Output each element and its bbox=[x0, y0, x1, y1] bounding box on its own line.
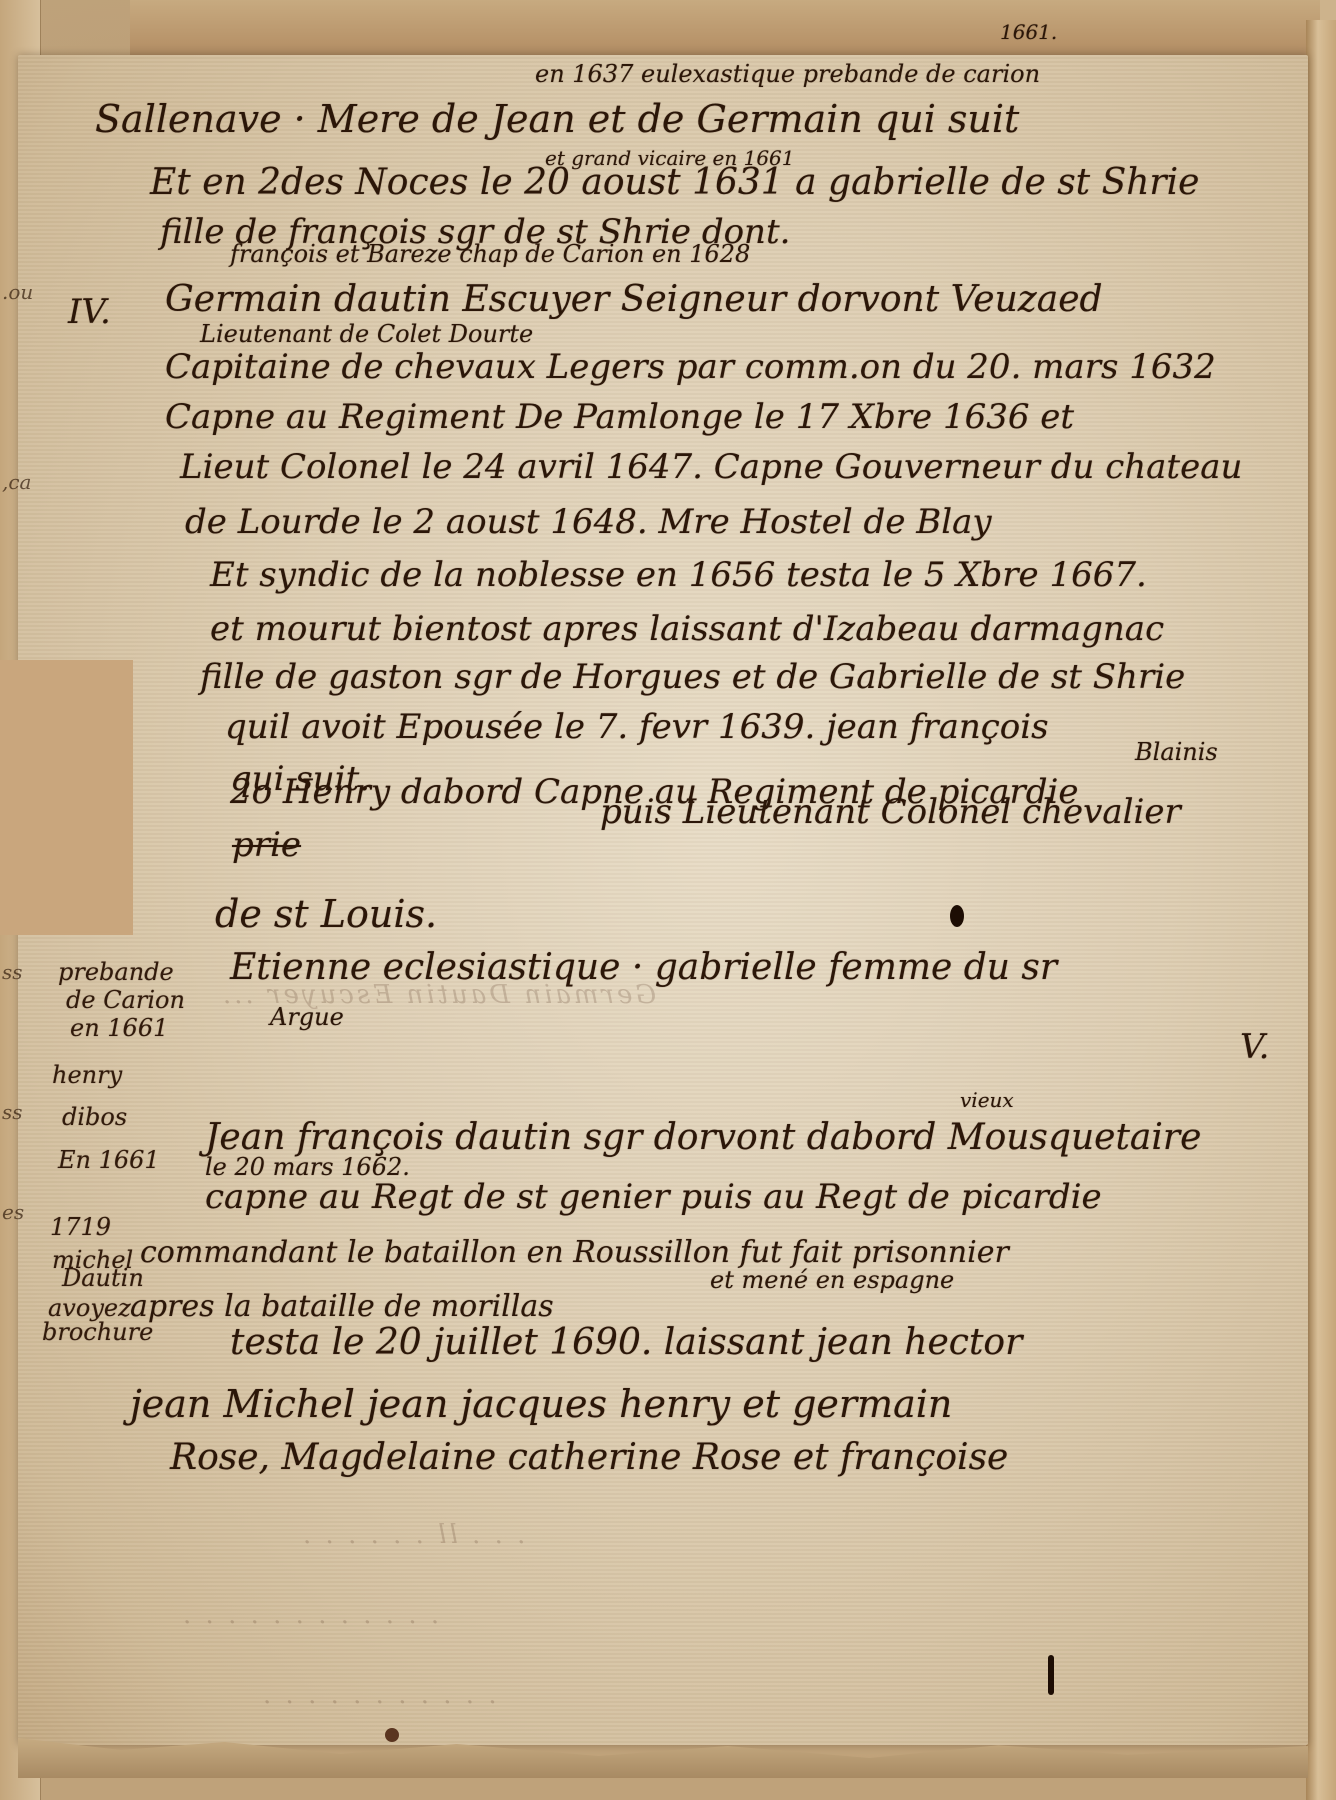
text-line: puis Lieutenant Colonel chevalier bbox=[600, 795, 1181, 829]
text-line: Capne au Regiment De Pamlonge le 17 Xbre… bbox=[165, 400, 1074, 434]
ink-blot bbox=[385, 1728, 399, 1742]
margin-note: de Carion bbox=[66, 988, 185, 1012]
text-line: fille de gaston sgr de Horgues et de Gab… bbox=[200, 660, 1185, 694]
text-line: quil avoit Epousée le 7. fevr 1639. jean… bbox=[225, 710, 1049, 744]
text-line: capne au Regt de st genier puis au Regt … bbox=[205, 1180, 1102, 1214]
text-line: Sallenave · Mere de Jean et de Germain q… bbox=[95, 100, 1019, 138]
bleed-through-text: . . . . . . . . . . . . bbox=[180, 1600, 439, 1630]
ink-blot bbox=[1048, 1655, 1054, 1695]
text-line: apres la bataille de morillas bbox=[130, 1292, 554, 1322]
section-number: V. bbox=[1240, 1030, 1269, 1064]
adjacent-page-right bbox=[1306, 20, 1336, 1800]
interlinear-note: en 1637 eulexastique prebande de carion bbox=[535, 62, 1040, 86]
bleed-through-text: . . . ll . . . . . . bbox=[300, 1520, 525, 1550]
covered-patch bbox=[0, 660, 133, 935]
text-line: Et syndic de la noblesse en 1656 testa l… bbox=[210, 558, 1147, 592]
margin-note: Dautin bbox=[62, 1266, 144, 1290]
margin-note: prebande bbox=[58, 960, 174, 984]
text-line: commandant le bataillon en Roussillon fu… bbox=[140, 1238, 1009, 1268]
text-line: Argue bbox=[270, 1005, 344, 1029]
corner-note: 1661. bbox=[1000, 22, 1057, 42]
text-line: de Lourde le 2 aoust 1648. Mre Hostel de… bbox=[185, 505, 992, 539]
folded-top-strip bbox=[130, 0, 1320, 62]
text-line: Germain dautin Escuyer Seigneur dorvont … bbox=[165, 282, 1103, 318]
margin-note: 1719 bbox=[50, 1215, 111, 1239]
text-line: et mourut bientost apres laissant d'Izab… bbox=[210, 612, 1164, 646]
interlinear-note: et mené en espagne bbox=[710, 1268, 954, 1292]
edge-scribble: ss bbox=[2, 960, 23, 984]
text-line: testa le 20 juillet 1690. laissant jean … bbox=[230, 1325, 1022, 1361]
text-line: Capitaine de chevaux Legers par comm.on … bbox=[165, 350, 1216, 384]
text-line: de st Louis. bbox=[215, 895, 437, 933]
struck-word: prie bbox=[232, 828, 301, 862]
margin-note: avoyez bbox=[48, 1296, 131, 1320]
interlinear-note: vieux bbox=[960, 1090, 1014, 1110]
edge-scribble: .ou bbox=[2, 280, 33, 304]
section-number: IV. bbox=[68, 295, 111, 329]
edge-scribble: ss bbox=[2, 1100, 23, 1124]
ink-blot bbox=[950, 905, 964, 927]
margin-note: dibos bbox=[62, 1105, 127, 1129]
interlinear-note: Blainis bbox=[1135, 740, 1218, 764]
margin-note: En 1661 bbox=[58, 1148, 160, 1172]
edge-scribble: ,ca bbox=[2, 470, 31, 494]
edge-scribble: es bbox=[2, 1200, 24, 1224]
text-line: Lieut Colonel le 24 avril 1647. Capne Go… bbox=[180, 450, 1242, 484]
text-line: françois et Bareze chap de Carion en 162… bbox=[230, 242, 750, 266]
text-line: le 20 mars 1662. bbox=[205, 1155, 410, 1179]
text-line: Jean françois dautin sgr dorvont dabord … bbox=[205, 1120, 1201, 1156]
margin-note: en 1661 bbox=[70, 1016, 168, 1040]
text-line: Rose, Magdelaine catherine Rose et franç… bbox=[170, 1440, 1008, 1476]
bleed-through-text: . . . . . . . . . . . bbox=[260, 1680, 497, 1710]
text-line: Et en 2des Noces le 20 aoust 1631 a gabr… bbox=[150, 165, 1199, 201]
text-line: jean Michel jean jacques henry et germai… bbox=[130, 1385, 952, 1423]
text-line: Etienne eclesiastique · gabrielle femme … bbox=[230, 950, 1057, 986]
text-line: Lieutenant de Colet Dourte bbox=[200, 322, 533, 346]
margin-note: henry bbox=[52, 1063, 122, 1087]
